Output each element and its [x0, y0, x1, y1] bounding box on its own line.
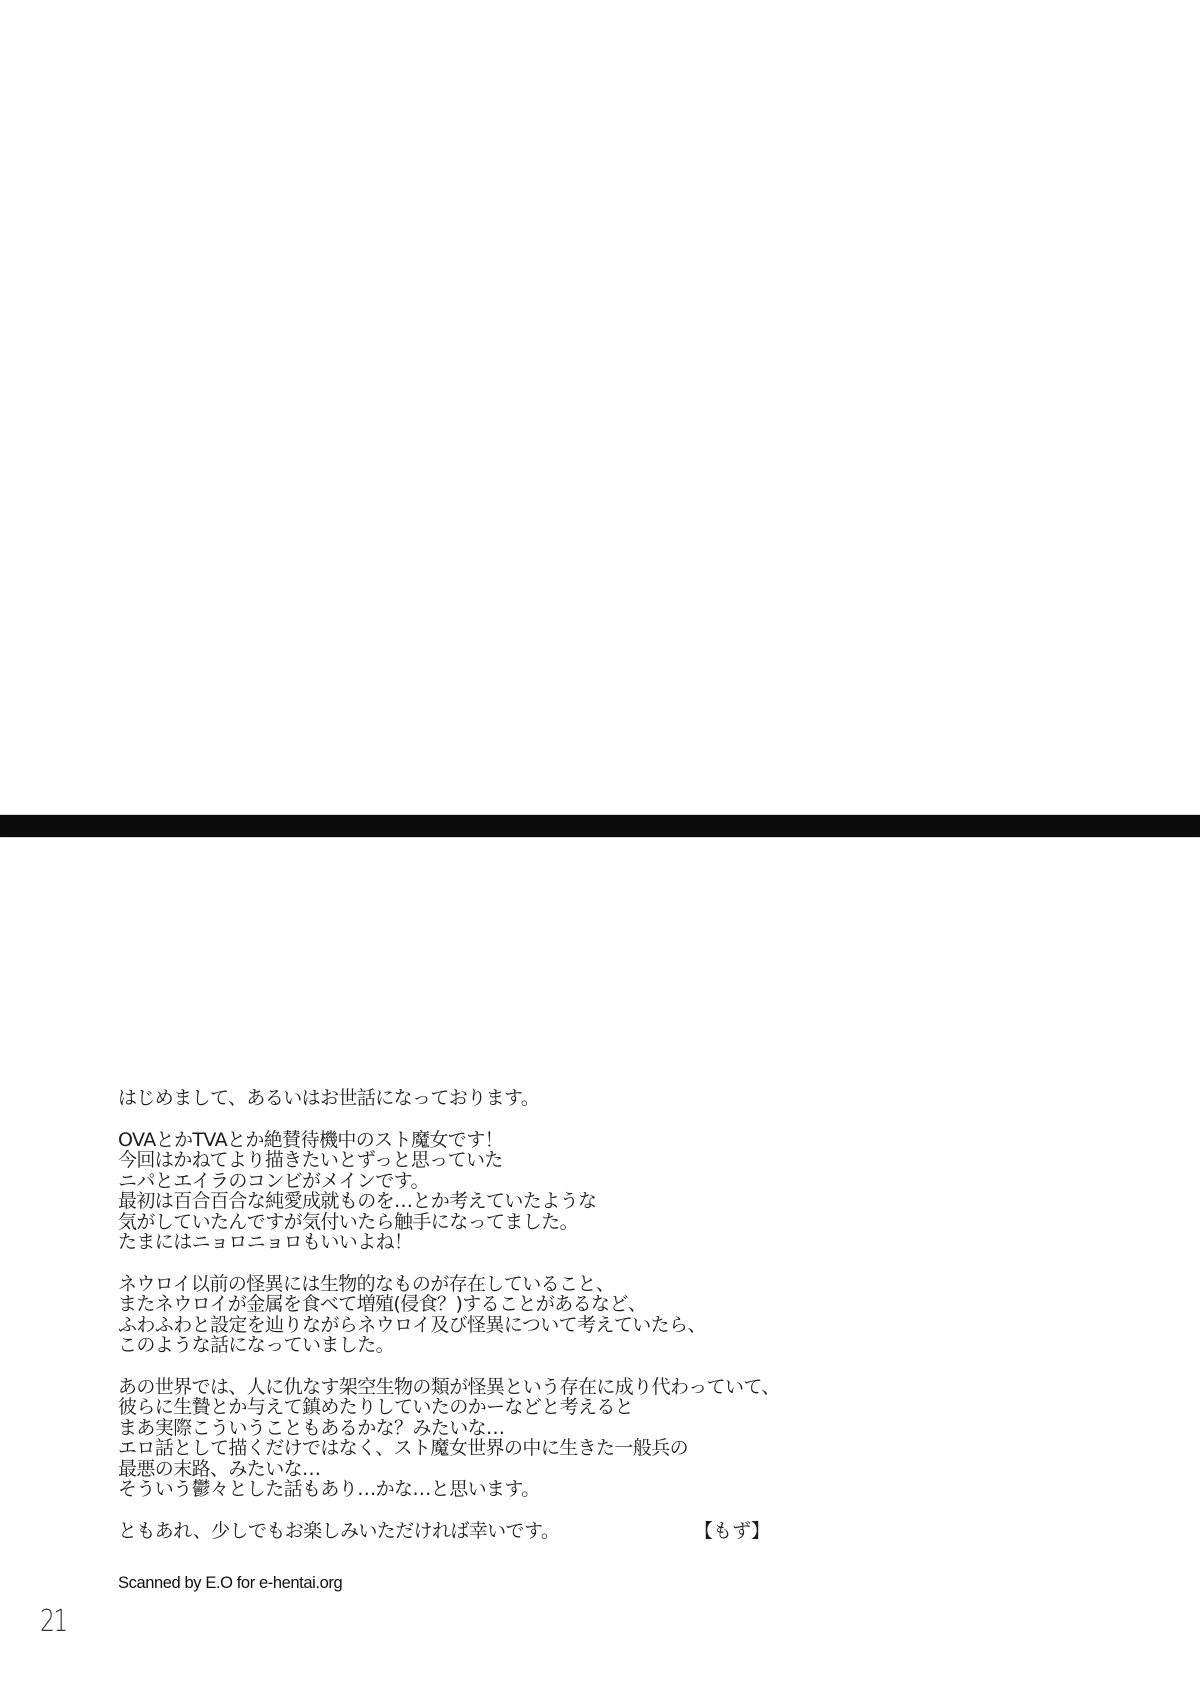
scan-credit: Scanned by E.O for e-hentai.org	[118, 1574, 342, 1593]
text-line: ネウロイ以前の怪異には生物的なものが存在していること、	[118, 1274, 918, 1295]
paragraph-world: あの世界では、人に仇なす架空生物の類が怪異という存在に成り代わっていて、 彼らに…	[118, 1377, 918, 1500]
text-line: まあ実際こういうこともあるかな？みたいな…	[118, 1418, 918, 1439]
text-line: 今回はかねてより描きたいとずっと思っていた	[118, 1150, 918, 1171]
paragraph-spacer	[118, 1109, 918, 1130]
closing-row: ともあれ、少しでもお楽しみいただければ幸いです。 【もず】	[118, 1521, 918, 1542]
text-line: OVAとかTVAとか絶賛待機中のスト魔女です！	[118, 1130, 918, 1151]
paragraph-neuroi: ネウロイ以前の怪異には生物的なものが存在していること、 またネウロイが金属を食べ…	[118, 1274, 918, 1356]
text-line: あの世界では、人に仇なす架空生物の類が怪異という存在に成り代わっていて、	[118, 1377, 918, 1398]
text-line: はじめまして、あるいはお世話になっております。	[118, 1088, 918, 1109]
afterword-text-block: はじめまして、あるいはお世話になっております。 OVAとかTVAとか絶賛待機中の…	[118, 1088, 918, 1542]
text-line: またネウロイが金属を食べて増殖(侵食？)することがあるなど、	[118, 1294, 918, 1315]
text-line: 最初は百合百合な純愛成就ものを…とか考えていたような	[118, 1191, 918, 1212]
paragraph-greeting: はじめまして、あるいはお世話になっております。	[118, 1088, 918, 1109]
text-line: 気がしていたんですが気付いたら触手になってました。	[118, 1212, 918, 1233]
paragraph-spacer	[118, 1500, 918, 1521]
closing-line: ともあれ、少しでもお楽しみいただければ幸いです。	[118, 1521, 559, 1542]
text-line: ふわふわと設定を辿りながらネウロイ及び怪異について考えていたら、	[118, 1315, 918, 1336]
text-line: 最悪の末路、みたいな…	[118, 1459, 918, 1480]
author-signature: 【もず】	[694, 1521, 770, 1542]
text-line: そういう鬱々とした話もあり…かな…と思います。	[118, 1479, 918, 1500]
page-number: 21	[40, 1604, 67, 1639]
text-line: たまにはニョロニョロもいいよね！	[118, 1232, 918, 1253]
text-line: エロ話として描くだけではなく、スト魔女世界の中に生きた一般兵の	[118, 1438, 918, 1459]
text-line: このような話になっていました。	[118, 1335, 918, 1356]
paragraph-spacer	[118, 1253, 918, 1274]
paragraph-intro: OVAとかTVAとか絶賛待機中のスト魔女です！ 今回はかねてより描きたいとずっと…	[118, 1130, 918, 1253]
text-line: 彼らに生贄とか与えて鎮めたりしていたのかーなどと考えると	[118, 1397, 918, 1418]
text-line: ニパとエイラのコンビがメインです。	[118, 1171, 918, 1192]
paragraph-spacer	[118, 1356, 918, 1377]
divider-bar	[0, 815, 1200, 837]
